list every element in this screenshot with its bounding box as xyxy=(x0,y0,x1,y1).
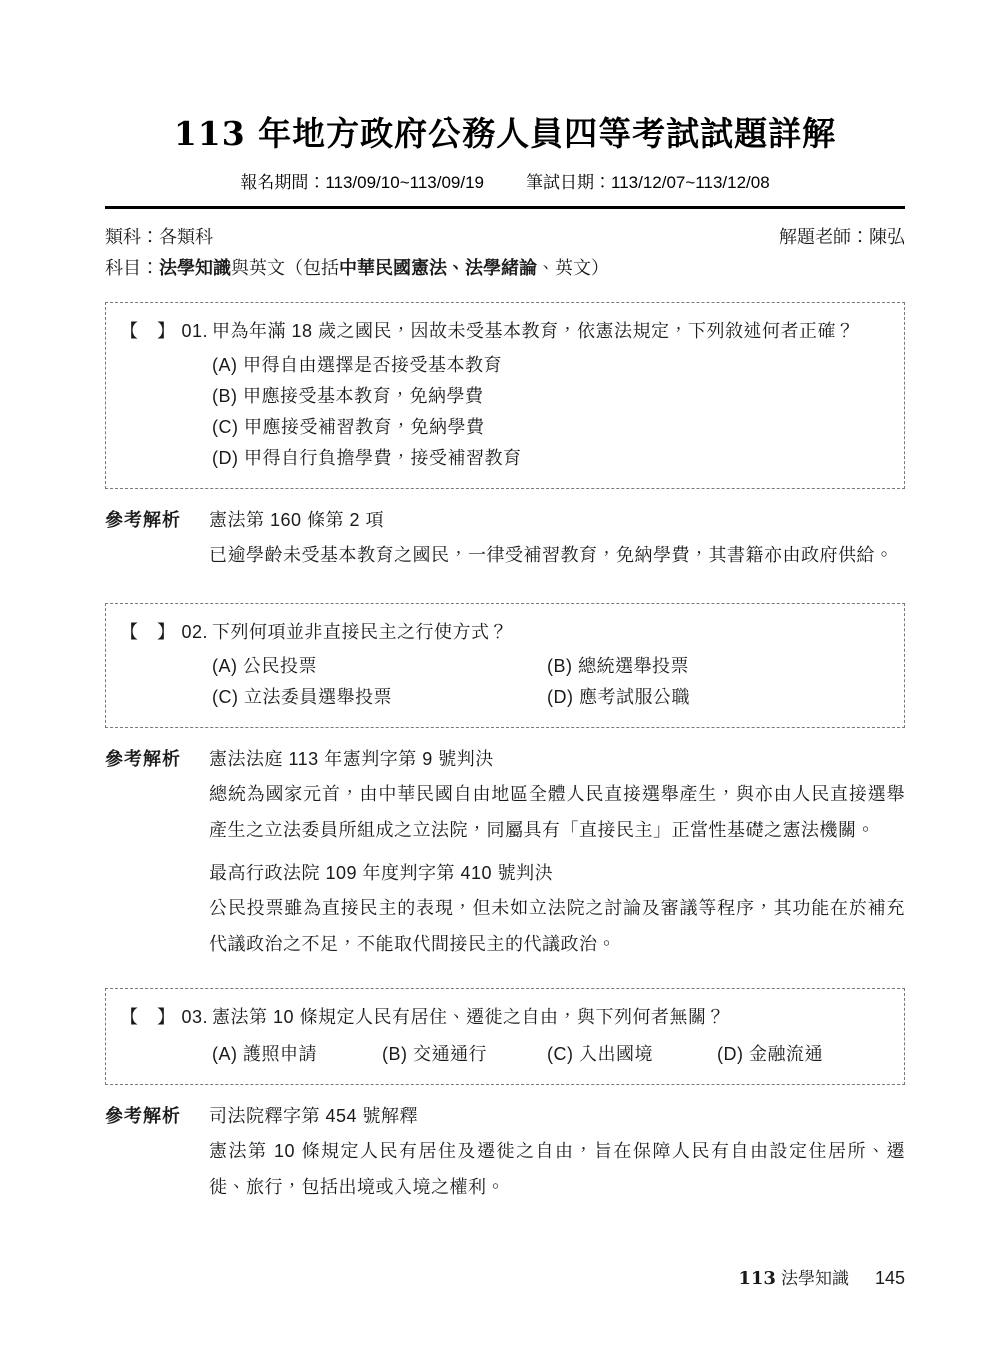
analysis-section: 憲法法庭 113 年憲判字第 9 號判決 總統為國家元首，由中華民國自由地區全體… xyxy=(209,743,905,848)
question-number: 03. xyxy=(176,1007,213,1027)
question-1-line: 【 】01.甲為年滿 18 歲之國民，因故未受基本教育，依憲法規定，下列敘述何者… xyxy=(120,316,890,347)
registration-period: 報名期間：113/09/10~113/09/19 xyxy=(240,168,484,193)
header-divider xyxy=(105,206,905,209)
analysis-heading: 憲法第 160 條第 2 項 xyxy=(209,504,905,537)
subject-bold-2: 中華民國憲法、法學緒論 xyxy=(339,258,537,278)
exam-dates-line: 報名期間：113/09/10~113/09/19 筆試日期：113/12/07~… xyxy=(105,168,905,193)
option-c: (C) 立法委員選舉投票 xyxy=(212,682,547,713)
analysis-3: 參考解析 司法院釋字第 454 號解釋 憲法第 10 條規定人民有居住及遷徙之自… xyxy=(105,1100,905,1205)
answer-bracket: 【 】 xyxy=(120,321,176,341)
question-2-options: (A) 公民投票 (B) 總統選舉投票 (C) 立法委員選舉投票 (D) 應考試… xyxy=(212,651,890,713)
question-box-3: 【 】03.憲法第 10 條規定人民有居住、遷徙之自由，與下列何者無關？ (A)… xyxy=(105,988,905,1085)
analysis-1: 參考解析 憲法第 160 條第 2 項 已逾學齡未受基本教育之國民，一律受補習教… xyxy=(105,504,905,573)
analysis-label: 參考解析 xyxy=(105,504,209,573)
written-exam-date: 筆試日期：113/12/07~113/12/08 xyxy=(526,168,770,193)
subject-mid: 與英文（包括 xyxy=(231,258,339,278)
solver-label: 解題老師：陳弘 xyxy=(779,224,905,250)
option-a: (A) 甲得自由選擇是否接受基本教育 xyxy=(212,350,890,381)
analysis-body: 憲法第 10 條規定人民有居住及遷徙之自由，旨在保障人民有自由設定住居所、遷徙、… xyxy=(209,1133,905,1205)
analysis-section: 最高行政法院 109 年度判字第 410 號判決 公民投票雖為直接民主的表現，但… xyxy=(209,857,905,962)
option-b: (B) 總統選舉投票 xyxy=(547,651,890,682)
meta-row: 類科：各類科 解題老師：陳弘 xyxy=(105,224,905,250)
footer-book-title: 法學知識 xyxy=(781,1264,849,1289)
analysis-body: 公民投票雖為直接民主的表現，但未如立法院之討論及審議等程序，其功能在於補充代議政… xyxy=(209,890,905,962)
question-box-1: 【 】01.甲為年滿 18 歲之國民，因故未受基本教育，依憲法規定，下列敘述何者… xyxy=(105,302,905,489)
subject-bold-1: 法學知識 xyxy=(159,258,231,278)
analysis-2: 參考解析 憲法法庭 113 年憲判字第 9 號判決 總統為國家元首，由中華民國自… xyxy=(105,743,905,962)
question-number: 02. xyxy=(176,622,213,642)
option-d: (D) 應考試服公職 xyxy=(547,682,890,713)
subject-prefix: 科目： xyxy=(105,258,159,278)
question-2-line: 【 】02.下列何項並非直接民主之行使方式？ xyxy=(120,617,890,648)
analysis-heading: 司法院釋字第 454 號解釋 xyxy=(209,1100,905,1133)
question-box-2: 【 】02.下列何項並非直接民主之行使方式？ (A) 公民投票 (B) 總統選舉… xyxy=(105,603,905,728)
footer-volume: 113 xyxy=(738,1268,776,1289)
analysis-section: 司法院釋字第 454 號解釋 憲法第 10 條規定人民有居住及遷徙之自由，旨在保… xyxy=(209,1100,905,1205)
answer-bracket: 【 】 xyxy=(120,1007,176,1027)
analysis-2-content: 憲法法庭 113 年憲判字第 9 號判決 總統為國家元首，由中華民國自由地區全體… xyxy=(209,743,905,962)
category-label: 類科：各類科 xyxy=(105,224,213,250)
analysis-body: 總統為國家元首，由中華民國自由地區全體人民直接選舉產生，與亦由人民直接選舉產生之… xyxy=(209,776,905,848)
option-b: (B) 甲應接受基本教育，免納學費 xyxy=(212,381,890,412)
subject-line: 科目：法學知識與英文（包括中華民國憲法、法學緒論、英文） xyxy=(105,255,905,281)
option-a: (A) 護照申請 xyxy=(212,1039,382,1070)
analysis-body: 已逾學齡未受基本教育之國民，一律受補習教育，免納學費，其書籍亦由政府供給。 xyxy=(209,537,905,573)
page-footer: 113 法學知識 145 xyxy=(738,1264,905,1289)
option-d: (D) 金融流通 xyxy=(717,1039,890,1070)
analysis-3-content: 司法院釋字第 454 號解釋 憲法第 10 條規定人民有居住及遷徙之自由，旨在保… xyxy=(209,1100,905,1205)
exam-solution-page: 113 年地方政府公務人員四等考試試題詳解 報名期間：113/09/10~113… xyxy=(0,0,1000,1205)
question-3-line: 【 】03.憲法第 10 條規定人民有居住、遷徙之自由，與下列何者無關？ xyxy=(120,1002,890,1033)
analysis-label: 參考解析 xyxy=(105,1100,209,1205)
question-text: 憲法第 10 條規定人民有居住、遷徙之自由，與下列何者無關？ xyxy=(212,1007,725,1027)
analysis-section: 憲法第 160 條第 2 項 已逾學齡未受基本教育之國民，一律受補習教育，免納學… xyxy=(209,504,905,573)
page-title: 113 年地方政府公務人員四等考試試題詳解 xyxy=(105,108,905,155)
analysis-heading: 憲法法庭 113 年憲判字第 9 號判決 xyxy=(209,743,905,776)
option-d: (D) 甲得自行負擔學費，接受補習教育 xyxy=(212,443,890,474)
page-number: 145 xyxy=(875,1268,905,1289)
option-c: (C) 入出國境 xyxy=(547,1039,717,1070)
answer-bracket: 【 】 xyxy=(120,622,176,642)
analysis-label: 參考解析 xyxy=(105,743,209,962)
option-c: (C) 甲應接受補習教育，免納學費 xyxy=(212,412,890,443)
question-number: 01. xyxy=(176,321,213,341)
analysis-heading: 最高行政法院 109 年度判字第 410 號判決 xyxy=(209,857,905,890)
subject-suffix: 、英文） xyxy=(537,258,609,278)
question-text: 下列何項並非直接民主之行使方式？ xyxy=(212,622,508,642)
question-1-options: (A) 甲得自由選擇是否接受基本教育 (B) 甲應接受基本教育，免納學費 (C)… xyxy=(212,350,890,474)
question-text: 甲為年滿 18 歲之國民，因故未受基本教育，依憲法規定，下列敘述何者正確？ xyxy=(212,321,855,341)
question-3-options: (A) 護照申請 (B) 交通通行 (C) 入出國境 (D) 金融流通 xyxy=(212,1039,890,1070)
option-a: (A) 公民投票 xyxy=(212,651,547,682)
option-b: (B) 交通通行 xyxy=(382,1039,547,1070)
analysis-1-content: 憲法第 160 條第 2 項 已逾學齡未受基本教育之國民，一律受補習教育，免納學… xyxy=(209,504,905,573)
